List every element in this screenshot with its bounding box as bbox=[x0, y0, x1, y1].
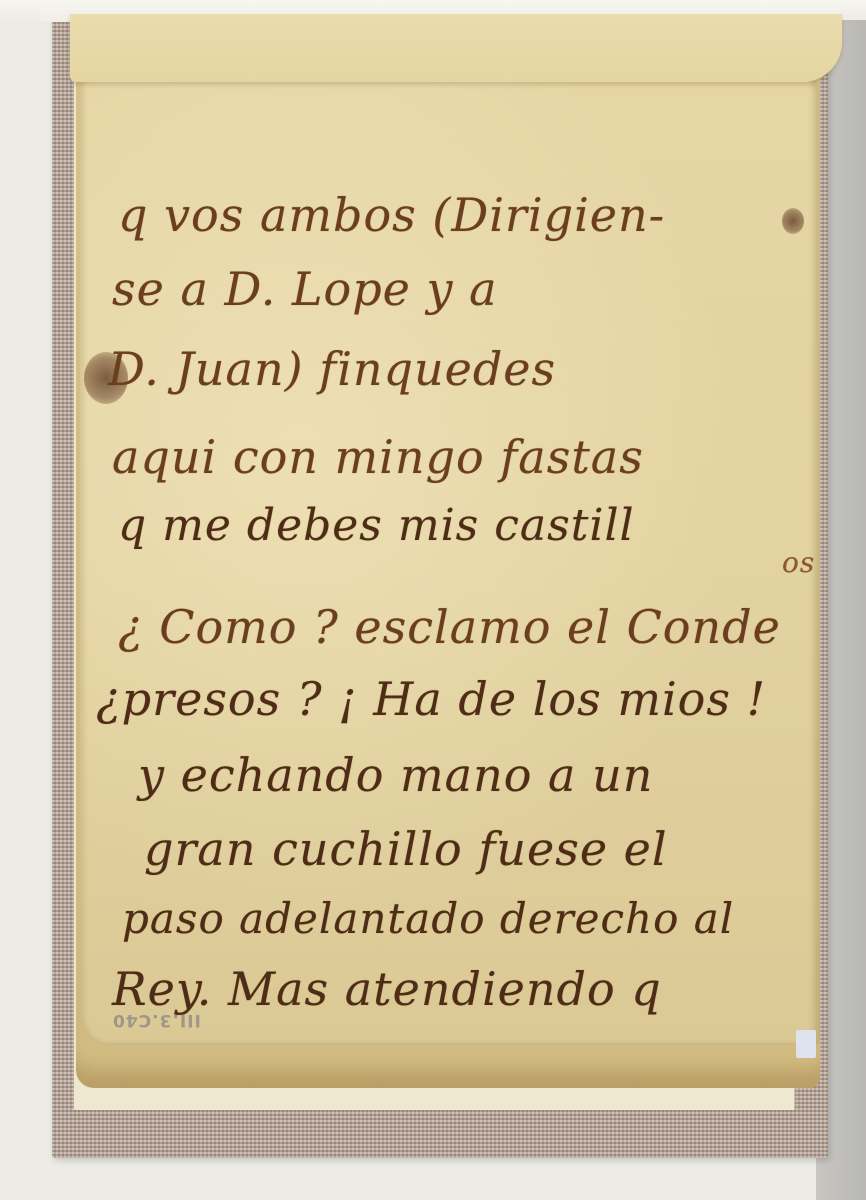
manuscript-line-10: paso adelantado derecho al bbox=[122, 894, 734, 943]
ink-blot-right bbox=[782, 208, 804, 234]
manuscript-line-4: aqui con mingo fastas bbox=[112, 430, 644, 484]
paper-tab-marker bbox=[796, 1030, 816, 1058]
manuscript-line-8: y echando mano a un bbox=[138, 748, 653, 802]
manuscript-line-9: gran cuchillo fuese el bbox=[144, 822, 668, 876]
manuscript-line-7: ¿presos ? ¡ Ha de los mios ! bbox=[96, 672, 766, 726]
manuscript-line-2: se a D. Lope y a bbox=[112, 262, 498, 316]
library-shelf-mark-stamp: III.3.C40 bbox=[112, 1010, 201, 1030]
manuscript-line-6: ¿ Como ? esclamo el Conde bbox=[118, 600, 781, 654]
manuscript-line-3: D. Juan) finquedes bbox=[108, 342, 556, 396]
folded-page-flap bbox=[70, 14, 842, 82]
manuscript-line-1: q vos ambos (Dirigien- bbox=[118, 188, 665, 242]
manuscript-line-11: Rey. Mas atendiendo q bbox=[112, 962, 662, 1016]
manuscript-line-5: q me debes mis castill bbox=[118, 500, 635, 551]
manuscript-line-5-continuation: os bbox=[782, 546, 815, 579]
